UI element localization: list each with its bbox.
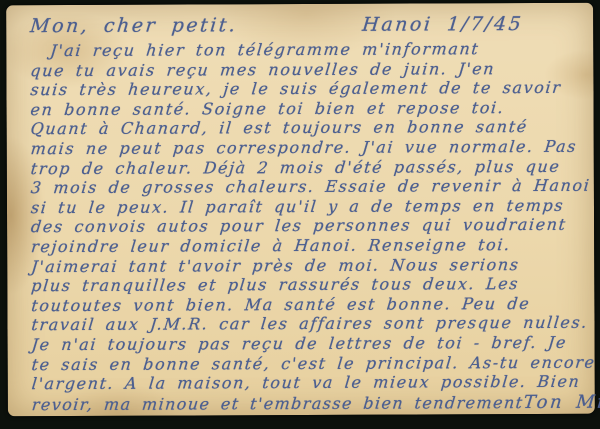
letter-line: l'argent. A la maison, tout va le mieux … (31, 372, 584, 394)
postcard: Mon, cher petit. Hanoi 1/7/45 J'ai reçu … (6, 3, 595, 417)
letter-line: suis très heureux, je le suis également … (29, 78, 582, 100)
letter-line: des convois autos pour les personnes qui… (30, 215, 583, 237)
letter-line: Je n'ai toujours pas reçu de lettres de … (31, 333, 584, 355)
letter-line: rejoindre leur domicile à Hanoi. Renseig… (30, 235, 583, 257)
letter-line: J'ai reçu hier ton télégramme m'informan… (29, 39, 582, 61)
letter-closing-row: revoir, ma minoue et t'embrasse bien ten… (31, 391, 584, 415)
letter-header-row: Mon, cher petit. Hanoi 1/7/45 (29, 10, 583, 41)
photo-background: Mon, cher petit. Hanoi 1/7/45 J'ai reçu … (0, 0, 600, 429)
dateline: Hanoi 1/7/45 (361, 10, 525, 40)
closing-line: revoir, ma minoue et t'embrasse bien ten… (31, 392, 525, 416)
letter-line: te sais en bonne santé, c'est le princip… (31, 352, 584, 374)
letter-line: trop de chaleur. Déjà 2 mois d'été passé… (30, 156, 583, 178)
letter-line: plus tranquilles et plus rassurés tous d… (30, 274, 583, 296)
letter-text: Mon, cher petit. Hanoi 1/7/45 J'ai reçu … (6, 3, 595, 417)
letter-line: Quant à Chanard, il est toujours en bonn… (30, 117, 583, 139)
letter-line: mais ne peut pas correspondre. J'ai vue … (30, 137, 583, 159)
letter-line: que tu avais reçu mes nouvelles de juin.… (29, 58, 582, 80)
letter-line: J'aimerai tant t'avoir près de moi. Nous… (30, 254, 583, 276)
signature: Ton Mimi (522, 391, 600, 413)
letter-line: 3 mois de grosses chaleurs. Essaie de re… (30, 176, 583, 198)
letter-line: travail aux J.M.R. car les affaires sont… (31, 313, 584, 335)
salutation: Mon, cher petit. (29, 11, 239, 41)
